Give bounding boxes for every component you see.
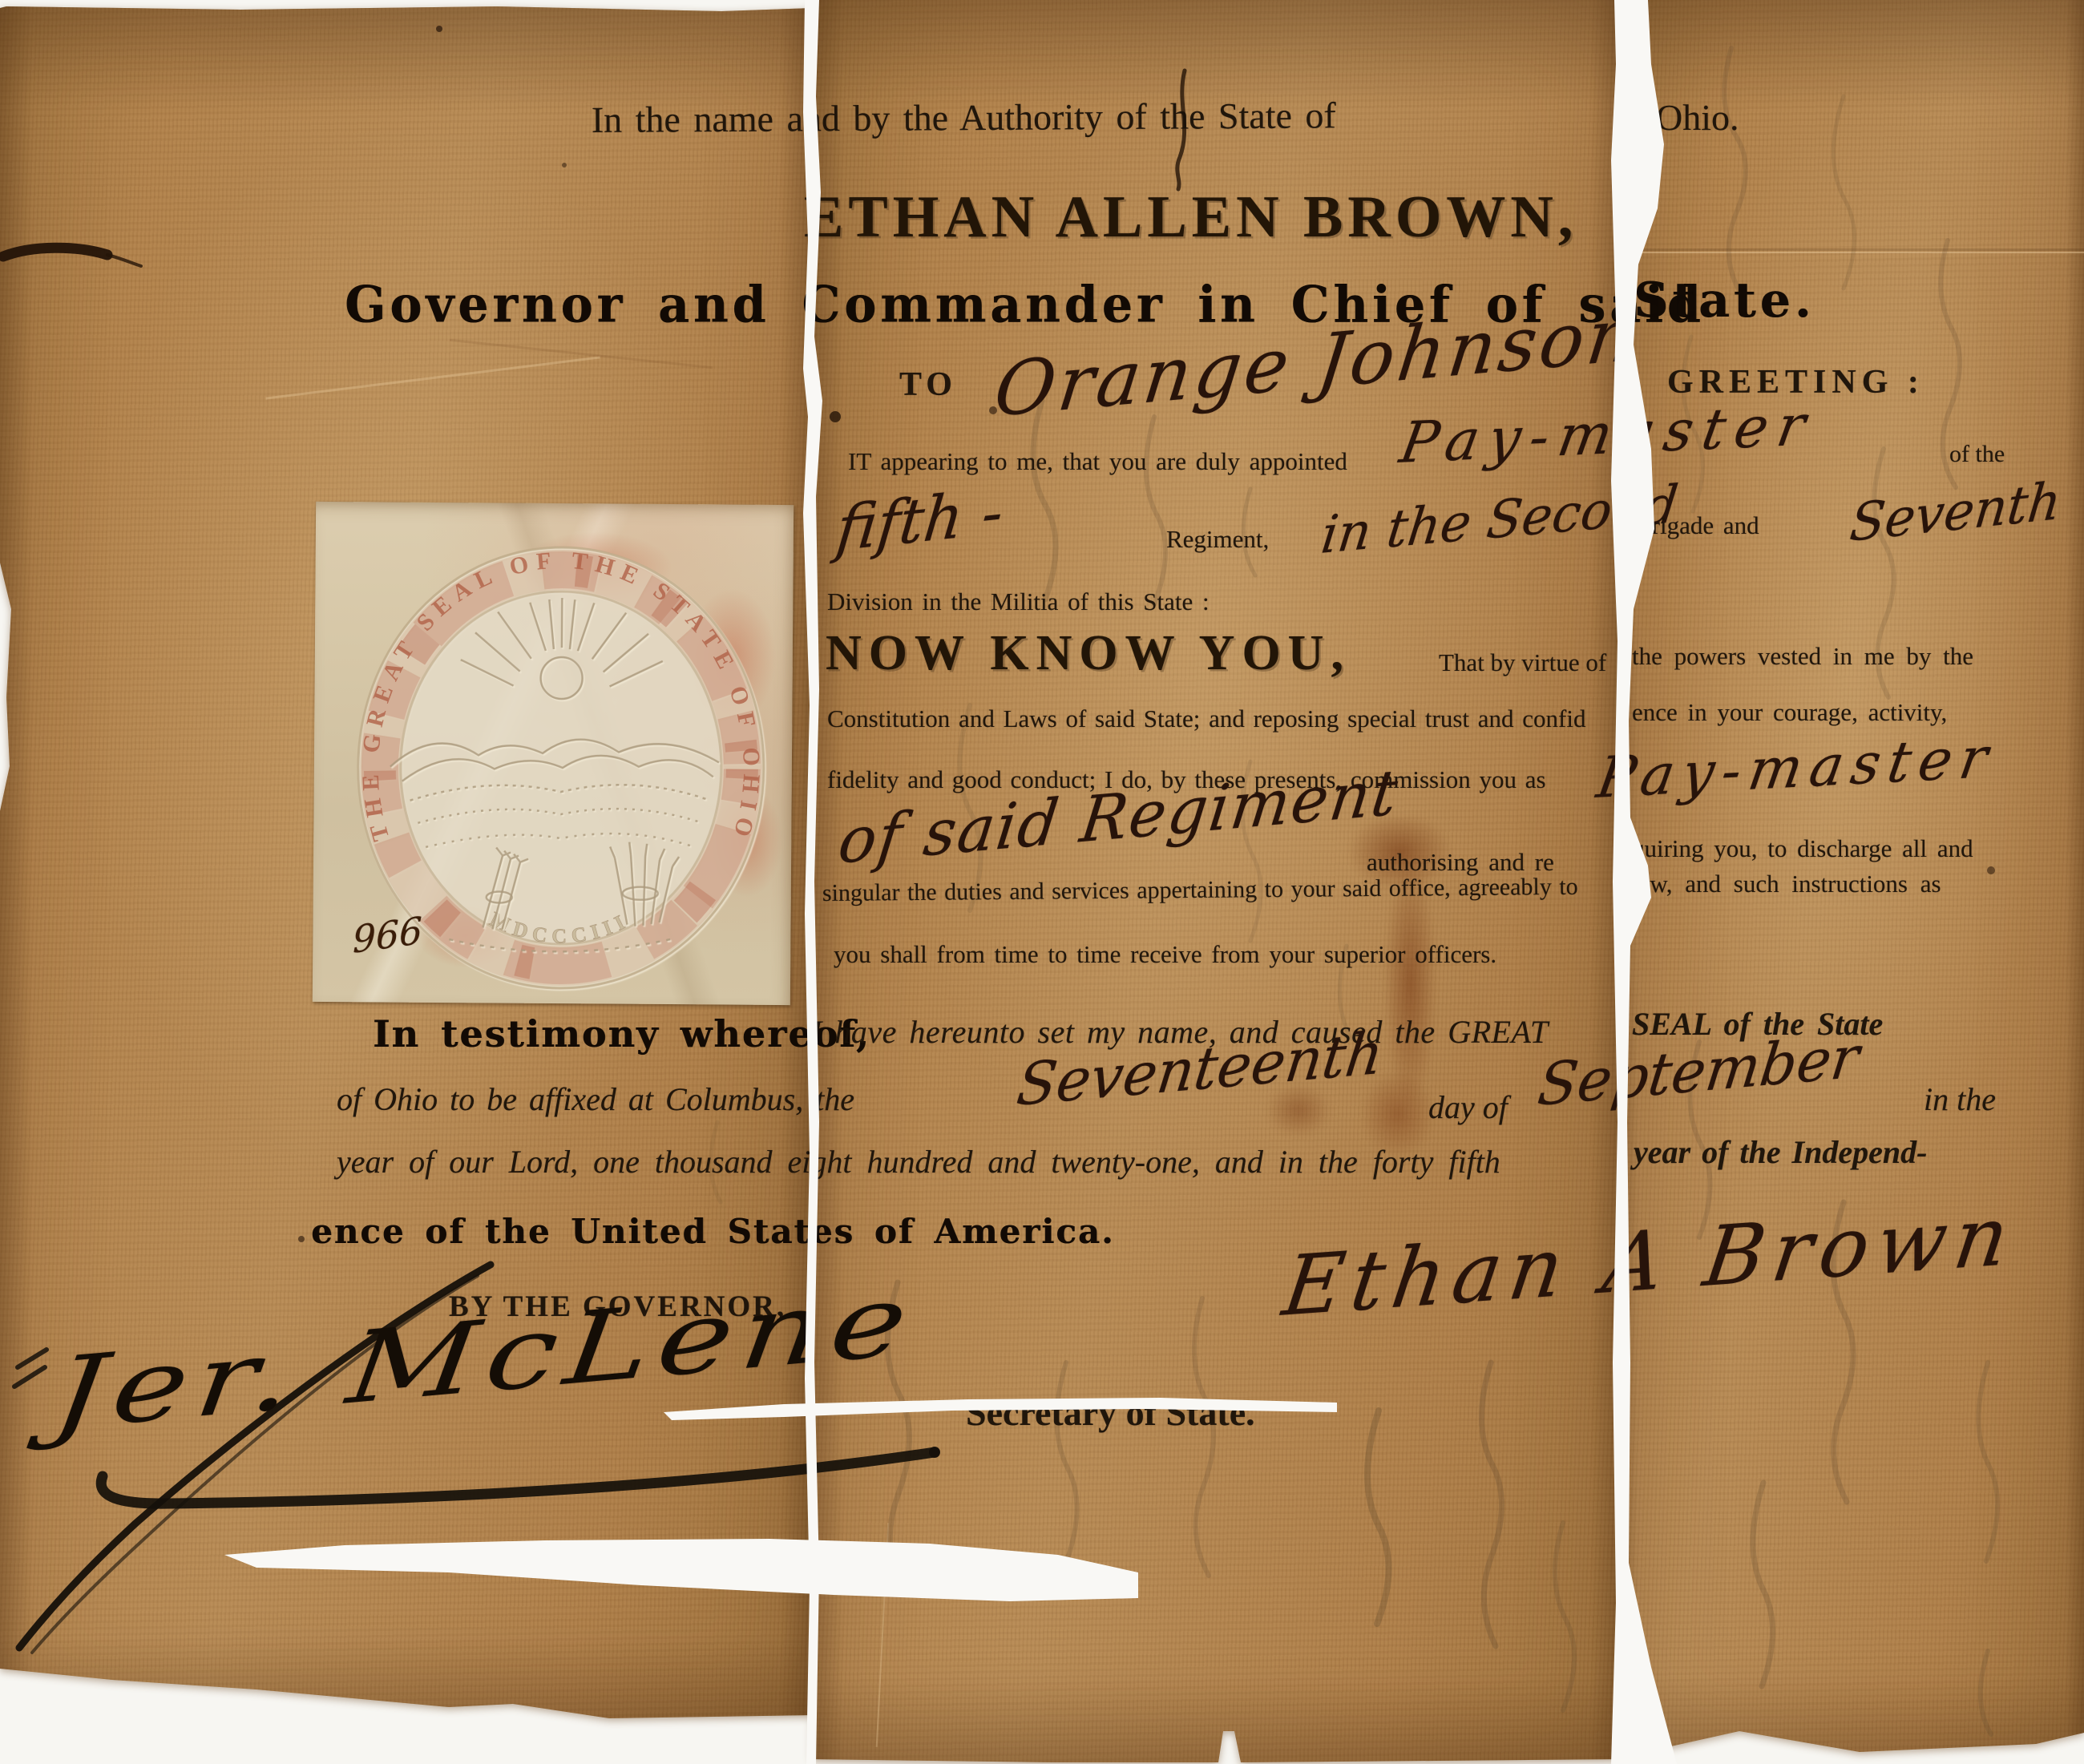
testimony-line3: year of our Lord, one thousand eight hun… bbox=[337, 1146, 1500, 1178]
governor-name-title: ETHAN ALLEN BROWN, bbox=[804, 188, 1577, 247]
in-the-label: in the bbox=[1924, 1084, 1996, 1116]
of-the-label: of the bbox=[1949, 442, 2005, 466]
division-line: Division in the Militia of this State : bbox=[827, 589, 1210, 614]
now-know-you-display: NOW KNOW YOU, bbox=[826, 628, 1351, 678]
governor-title-right: State. bbox=[1634, 277, 1815, 325]
testimony-line3-right: year of the Independ- bbox=[1634, 1136, 1927, 1169]
appointment-line: IT appearing to me, that you are duly ap… bbox=[848, 449, 1347, 474]
testimony-line2: of Ohio to be affixed at Columbus, the bbox=[337, 1084, 854, 1116]
body-line5-right: law, and such instructions as bbox=[1632, 871, 1941, 896]
to-label: TO bbox=[899, 368, 957, 402]
scanned-document: THE GREAT SEAL OF THE STATE OF OHIO MDCC… bbox=[0, 0, 2084, 1764]
seal-annotation-number: 966 bbox=[353, 911, 422, 959]
header-state-word: Ohio. bbox=[1656, 99, 1739, 136]
body-line6: you shall from time to time receive from… bbox=[834, 942, 1496, 967]
testimony-lead: In testimony whereof, bbox=[373, 1015, 870, 1052]
body-line2: Constitution and Laws of said State; and… bbox=[827, 706, 1585, 731]
body-line2-right: ence in your courage, activity, bbox=[1632, 700, 1947, 725]
body-line4-mid: authorising and re bbox=[1367, 850, 1554, 874]
office-script-1: Pay-master bbox=[1396, 397, 1819, 471]
regiment-number-script: fifth - bbox=[834, 481, 1006, 560]
body-line4-right: quiring you, to discharge all and bbox=[1632, 836, 1973, 861]
regiment-label: Regiment, bbox=[1166, 527, 1269, 551]
nky-continuation: That by virtue of bbox=[1439, 650, 1606, 675]
nky-right-fragment: the powers vested in me by the bbox=[1632, 644, 1973, 668]
header-line: In the name and by the Authority of the … bbox=[592, 97, 1336, 139]
day-of-label: day of bbox=[1428, 1092, 1508, 1124]
testimony-line4: ence of the United States of America. bbox=[311, 1215, 1115, 1249]
